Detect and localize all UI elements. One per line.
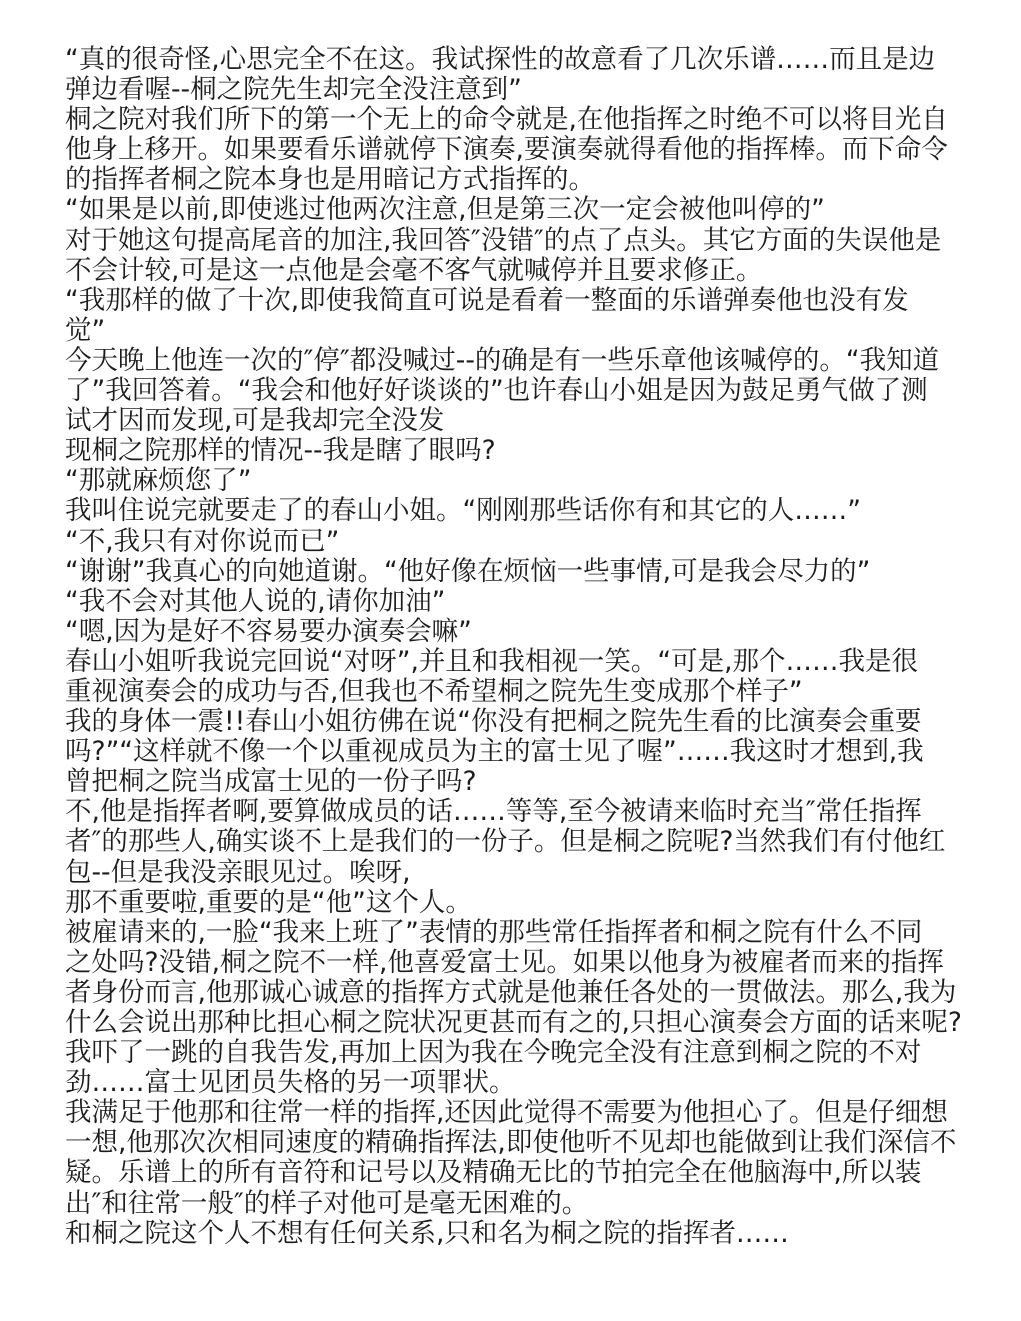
- text-line: 者身份而言,他那诚心诚意的指挥方式就是他兼任各处的一贯做法。那么,我为: [65, 978, 955, 1008]
- text-line: 我的身体一震!!春山小姐彷佛在说“你没有把桐之院先生看的比演奏会重要: [65, 707, 955, 737]
- text-line: 他身上移开。如果要看乐谱就停下演奏,要演奏就得看他的指挥棒。而下命令: [65, 135, 955, 165]
- text-line: 觉”: [65, 316, 955, 346]
- text-line: 曾把桐之院当成富士见的一份子吗?: [65, 767, 955, 797]
- text-line: 春山小姐听我说完回说“对呀”,并且和我相视一笑。“可是,那个……我是很: [65, 647, 955, 677]
- text-line: 弹边看喔--桐之院先生却完全没注意到”: [65, 75, 955, 105]
- text-line: 的指挥者桐之院本身也是用暗记方式指挥的。: [65, 165, 955, 195]
- text-line: 我满足于他那和往常一样的指挥,还因此觉得不需要为他担心了。但是仔细想: [65, 1098, 955, 1128]
- text-line: 一想,他那次次相同速度的精确指挥法,即使他听不见却也能做到让我们深信不: [65, 1128, 955, 1158]
- text-line: 桐之院对我们所下的第一个无上的命令就是,在他指挥之时绝不可以将目光自: [65, 105, 955, 135]
- text-line: 出″和往常一般″的样子对他可是毫无困难的。: [65, 1189, 955, 1219]
- text-line: 了”我回答着。“我会和他好好谈谈的”也许春山小姐是因为鼓足勇气做了测: [65, 376, 955, 406]
- text-line: 对于她这句提高尾音的加注,我回答″没错″的点了点头。其它方面的失误他是: [65, 226, 955, 256]
- text-line: 试才因而发现,可是我却完全没发: [65, 406, 955, 436]
- text-line: 今天晚上他连一次的″停″都没喊过--的确是有一些乐章他该喊停的。“我知道: [65, 346, 955, 376]
- text-line: 重视演奏会的成功与否,但我也不希望桐之院先生变成那个样子”: [65, 677, 955, 707]
- text-line: “嗯,因为是好不容易要办演奏会嘛”: [65, 617, 955, 647]
- text-line: 不,他是指挥者啊,要算做成员的话……等等,至今被请来临时充当″常任指挥: [65, 797, 955, 827]
- text-line: 者″的那些人,确实谈不上是我们的一份子。但是桐之院呢?当然我们有付他红: [65, 827, 955, 857]
- text-line: “我那样的做了十次,即使我简直可说是看着一整面的乐谱弹奏他也没有发: [65, 286, 955, 316]
- document-page: “真的很奇怪,心思完全不在这。我试探性的故意看了几次乐谱……而且是边 弹边看喔-…: [0, 0, 1021, 1321]
- text-line: 我叫住说完就要走了的春山小姐。“刚刚那些话你有和其它的人……”: [65, 496, 955, 526]
- text-line: 之处吗?没错,桐之院不一样,他喜爱富士见。如果以他身为被雇者而来的指挥: [65, 948, 955, 978]
- text-line: 不会计较,可是这一点他是会毫不客气就喊停并且要求修正。: [65, 256, 955, 286]
- text-line: 吗?”“这样就不像一个以重视成员为主的富士见了喔”……我这时才想到,我: [65, 737, 955, 767]
- text-line: “如果是以前,即使逃过他两次注意,但是第三次一定会被他叫停的”: [65, 195, 955, 225]
- novel-text-body: “真的很奇怪,心思完全不在这。我试探性的故意看了几次乐谱……而且是边 弹边看喔-…: [65, 45, 955, 1249]
- text-line: 什么会说出那种比担心桐之院状况更甚而有之的,只担心演奏会方面的话来呢?: [65, 1008, 955, 1038]
- text-line: 现桐之院那样的情况--我是瞎了眼吗?: [65, 436, 955, 466]
- text-line: 包--但是我没亲眼见过。唉呀,: [65, 858, 955, 888]
- text-line: 被雇请来的,一脸“我来上班了”表情的那些常任指挥者和桐之院有什么不同: [65, 918, 955, 948]
- text-line: 和桐之院这个人不想有任何关系,只和名为桐之院的指挥者……: [65, 1219, 955, 1249]
- text-line: 劲……富士见团员失格的另一项罪状。: [65, 1068, 955, 1098]
- text-line: “谢谢”我真心的向她道谢。“他好像在烦恼一些事情,可是我会尽力的”: [65, 557, 955, 587]
- text-line: 我吓了一跳的自我告发,再加上因为我在今晚完全没有注意到桐之院的不对: [65, 1038, 955, 1068]
- text-line: 疑。乐谱上的所有音符和记号以及精确无比的节拍完全在他脑海中,所以装: [65, 1158, 955, 1188]
- text-line: “那就麻烦您了”: [65, 466, 955, 496]
- text-line: “不,我只有对你说而已”: [65, 527, 955, 557]
- text-line: “真的很奇怪,心思完全不在这。我试探性的故意看了几次乐谱……而且是边: [65, 45, 955, 75]
- text-line: 那不重要啦,重要的是“他”这个人。: [65, 888, 955, 918]
- text-line: “我不会对其他人说的,请你加油”: [65, 587, 955, 617]
